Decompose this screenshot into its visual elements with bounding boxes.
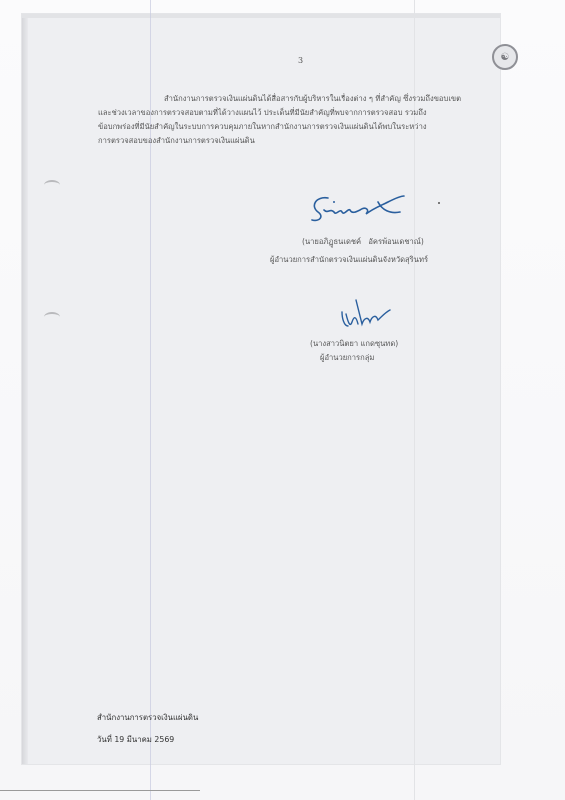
royal-emblem-seal-icon: ☯ [492,44,518,70]
page-left-edge [22,14,28,764]
signatory-2-title: ผู้อำนวยการกลุ่ม [320,352,374,364]
page-top-edge [22,14,500,18]
page-number: 3 [298,56,303,65]
paragraph-line: การตรวจสอบของสำนักงานการตรวจเงินแผ่นดิน [98,134,530,148]
signatory-1-name: (นายอภิฏูธนเดชค์ อัครพ้อนเดชาณ์) [302,236,424,248]
signature-dot [438,202,440,204]
footer-organization: สำนักงานการตรวจเงินแผ่นดิน [97,712,198,724]
footer-date: วันที่ 19 มีนาคม 2569 [97,734,174,746]
scan-bottom-edge [0,790,200,791]
signature-2 [336,296,392,330]
punch-hole [44,180,60,190]
signatory-1-title: ผู้อำนวยการสำนักตรวจเงินแผ่นดินจังหวัดสุ… [270,254,428,266]
paragraph-line: ข้อบกพร่องที่มีนัยสำคัญในระบบการควบคุมภา… [98,120,530,134]
signatory-2-name: (นางสาวนิตยา แกดซุนทด) [310,338,398,350]
punch-hole [44,312,60,322]
paragraph-line: สำนักงานการตรวจเงินแผ่นดินได้สื่อสารกับผ… [98,92,530,106]
paragraph-line: และช่วงเวลาของการตรวจสอบตามที่ได้วางแผนไ… [98,106,530,120]
signature-1 [308,188,408,228]
body-paragraph: สำนักงานการตรวจเงินแผ่นดินได้สื่อสารกับผ… [98,92,530,148]
